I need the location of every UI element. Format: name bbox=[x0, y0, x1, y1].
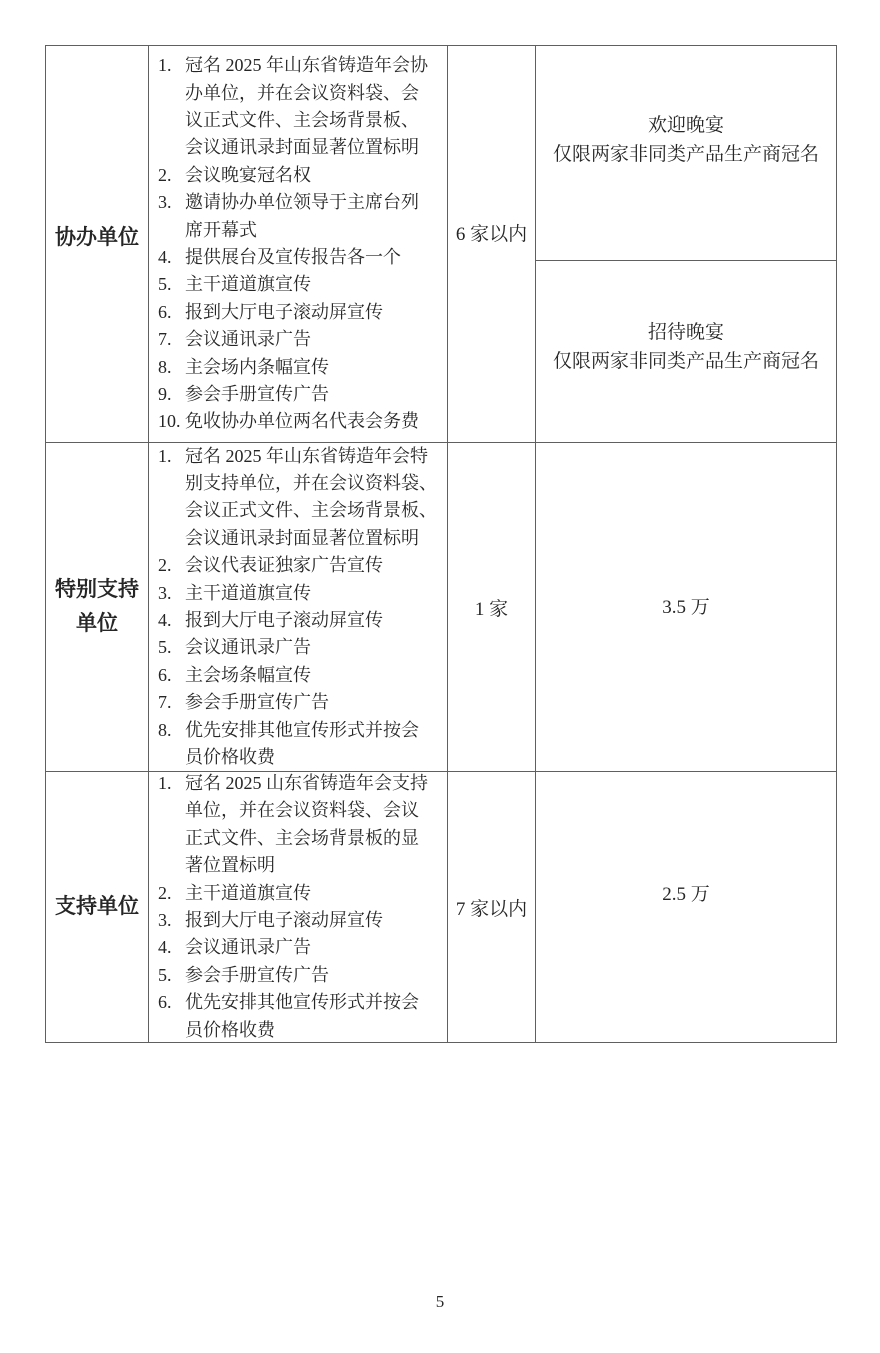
item-text: 报到大厅电子滚动屏宣传 bbox=[185, 607, 447, 634]
item-number: 4. bbox=[149, 244, 185, 271]
item-text: 参会手册宣传广告 bbox=[185, 381, 447, 408]
price-value: 2.5 万 bbox=[536, 772, 836, 1042]
item-text: 会议通讯录广告 bbox=[185, 326, 447, 353]
banquet-note: 仅限两家非同类产品生产商冠名 bbox=[553, 140, 819, 169]
benefit-item: 1.冠名 2025 年山东省铸造年会协 办单位，并在会议资料袋、会 议正式文件、… bbox=[149, 52, 447, 162]
benefit-item: 5.会议通讯录广告 bbox=[149, 634, 447, 661]
benefit-item: 3.主干道道旗宣传 bbox=[149, 580, 447, 607]
banquet-note: 仅限两家非同类产品生产商冠名 bbox=[553, 347, 819, 376]
page-number: 5 bbox=[0, 1292, 880, 1312]
sponsorship-table: 协办单位 1.冠名 2025 年山东省铸造年会协 办单位，并在会议资料袋、会 议… bbox=[45, 45, 837, 1043]
item-number: 6. bbox=[149, 662, 185, 689]
item-number: 5. bbox=[149, 962, 185, 989]
item-number: 6. bbox=[149, 989, 185, 1042]
table-row-co-organizer: 协办单位 1.冠名 2025 年山东省铸造年会协 办单位，并在会议资料袋、会 议… bbox=[46, 46, 836, 442]
item-number: 5. bbox=[149, 271, 185, 298]
benefit-item: 4.报到大厅电子滚动屏宣传 bbox=[149, 607, 447, 634]
item-number: 2. bbox=[149, 880, 185, 907]
item-text: 冠名 2025 年山东省铸造年会特 别支持单位，并在会议资料袋、 会议正式文件、… bbox=[185, 443, 447, 552]
quota-cell: 7 家以内 bbox=[447, 772, 535, 1042]
table-row-support: 支持单位 1.冠名 2025 山东省铸造年会支持 单位，并在会议资料袋、会议 正… bbox=[46, 771, 836, 1042]
benefit-item: 2.主干道道旗宣传 bbox=[149, 880, 447, 907]
benefit-item: 3.邀请协办单位领导于主席台列 席开幕式 bbox=[149, 189, 447, 244]
quota-cell: 6 家以内 bbox=[447, 46, 535, 442]
benefit-item: 5.主干道道旗宣传 bbox=[149, 271, 447, 298]
item-text: 会议通讯录广告 bbox=[185, 634, 447, 661]
price-cell: 2.5 万 bbox=[535, 772, 836, 1042]
item-number: 8. bbox=[149, 354, 185, 381]
benefit-item: 8.主会场内条幅宣传 bbox=[149, 354, 447, 381]
benefit-item: 1.冠名 2025 年山东省铸造年会特 别支持单位，并在会议资料袋、 会议正式文… bbox=[149, 443, 447, 552]
benefit-item: 7.参会手册宣传广告 bbox=[149, 689, 447, 716]
item-text: 优先安排其他宣传形式并按会 员价格收费 bbox=[185, 989, 447, 1042]
item-text: 会议代表证独家广告宣传 bbox=[185, 552, 447, 579]
item-number: 7. bbox=[149, 689, 185, 716]
benefit-item: 6.报到大厅电子滚动屏宣传 bbox=[149, 299, 447, 326]
item-text: 会议晚宴冠名权 bbox=[185, 162, 447, 189]
item-text: 免收协办单位两名代表会务费 bbox=[185, 408, 447, 435]
benefit-item: 3.报到大厅电子滚动屏宣传 bbox=[149, 907, 447, 934]
item-text: 主干道道旗宣传 bbox=[185, 271, 447, 298]
table-row-special-support: 特别支持单位 1.冠名 2025 年山东省铸造年会特 别支持单位，并在会议资料袋… bbox=[46, 442, 836, 771]
item-text: 主干道道旗宣传 bbox=[185, 880, 447, 907]
item-text: 邀请协办单位领导于主席台列 席开幕式 bbox=[185, 189, 447, 244]
benefit-item: 6.优先安排其他宣传形式并按会 员价格收费 bbox=[149, 989, 447, 1042]
item-number: 7. bbox=[149, 326, 185, 353]
item-text: 报到大厅电子滚动屏宣传 bbox=[185, 907, 447, 934]
item-text: 会议通讯录广告 bbox=[185, 934, 447, 961]
item-number: 1. bbox=[149, 52, 185, 162]
reception-banquet-cell: 招待晚宴 仅限两家非同类产品生产商冠名 bbox=[536, 260, 836, 442]
item-text: 参会手册宣传广告 bbox=[185, 689, 447, 716]
benefit-item: 4.提供展台及宣传报告各一个 bbox=[149, 244, 447, 271]
item-text: 报到大厅电子滚动屏宣传 bbox=[185, 299, 447, 326]
benefit-item: 1.冠名 2025 山东省铸造年会支持 单位，并在会议资料袋、会议 正式文件、主… bbox=[149, 772, 447, 880]
benefits-list-cell: 1.冠名 2025 山东省铸造年会支持 单位，并在会议资料袋、会议 正式文件、主… bbox=[148, 772, 447, 1042]
item-text: 冠名 2025 山东省铸造年会支持 单位，并在会议资料袋、会议 正式文件、主会场… bbox=[185, 772, 447, 880]
item-number: 5. bbox=[149, 634, 185, 661]
item-number: 10. bbox=[149, 408, 185, 435]
item-text: 主会场内条幅宣传 bbox=[185, 354, 447, 381]
benefit-item: 9.参会手册宣传广告 bbox=[149, 381, 447, 408]
item-number: 1. bbox=[149, 772, 185, 880]
item-number: 3. bbox=[149, 907, 185, 934]
category-cell: 特别支持单位 bbox=[46, 443, 148, 771]
category-cell: 协办单位 bbox=[46, 46, 148, 442]
item-text: 冠名 2025 年山东省铸造年会协 办单位，并在会议资料袋、会 议正式文件、主会… bbox=[185, 52, 447, 162]
benefit-item: 5.参会手册宣传广告 bbox=[149, 962, 447, 989]
item-number: 6. bbox=[149, 299, 185, 326]
item-number: 8. bbox=[149, 717, 185, 771]
benefits-list-cell: 1.冠名 2025 年山东省铸造年会协 办单位，并在会议资料袋、会 议正式文件、… bbox=[148, 46, 447, 442]
item-number: 4. bbox=[149, 607, 185, 634]
item-text: 参会手册宣传广告 bbox=[185, 962, 447, 989]
price-value: 3.5 万 bbox=[536, 443, 836, 771]
benefit-item: 2.会议晚宴冠名权 bbox=[149, 162, 447, 189]
item-number: 2. bbox=[149, 162, 185, 189]
banquet-title: 招待晚宴 bbox=[648, 318, 724, 347]
banquet-title: 欢迎晚宴 bbox=[648, 111, 724, 140]
item-text: 优先安排其他宣传形式并按会 员价格收费 bbox=[185, 717, 447, 771]
benefits-list-cell: 1.冠名 2025 年山东省铸造年会特 别支持单位，并在会议资料袋、 会议正式文… bbox=[148, 443, 447, 771]
item-number: 1. bbox=[149, 443, 185, 552]
item-number: 4. bbox=[149, 934, 185, 961]
item-number: 9. bbox=[149, 381, 185, 408]
item-number: 3. bbox=[149, 580, 185, 607]
price-cell: 欢迎晚宴 仅限两家非同类产品生产商冠名 招待晚宴 仅限两家非同类产品生产商冠名 bbox=[535, 46, 836, 442]
benefit-item: 10.免收协办单位两名代表会务费 bbox=[149, 408, 447, 435]
benefit-item: 6.主会场条幅宣传 bbox=[149, 662, 447, 689]
benefit-item: 4.会议通讯录广告 bbox=[149, 934, 447, 961]
welcome-banquet-cell: 欢迎晚宴 仅限两家非同类产品生产商冠名 bbox=[536, 46, 836, 260]
benefit-item: 7.会议通讯录广告 bbox=[149, 326, 447, 353]
price-cell: 3.5 万 bbox=[535, 443, 836, 771]
benefit-item: 2.会议代表证独家广告宣传 bbox=[149, 552, 447, 579]
benefit-item: 8.优先安排其他宣传形式并按会 员价格收费 bbox=[149, 717, 447, 771]
item-number: 2. bbox=[149, 552, 185, 579]
quota-cell: 1 家 bbox=[447, 443, 535, 771]
category-cell: 支持单位 bbox=[46, 772, 148, 1042]
item-text: 提供展台及宣传报告各一个 bbox=[185, 244, 447, 271]
item-text: 主干道道旗宣传 bbox=[185, 580, 447, 607]
item-number: 3. bbox=[149, 189, 185, 244]
item-text: 主会场条幅宣传 bbox=[185, 662, 447, 689]
